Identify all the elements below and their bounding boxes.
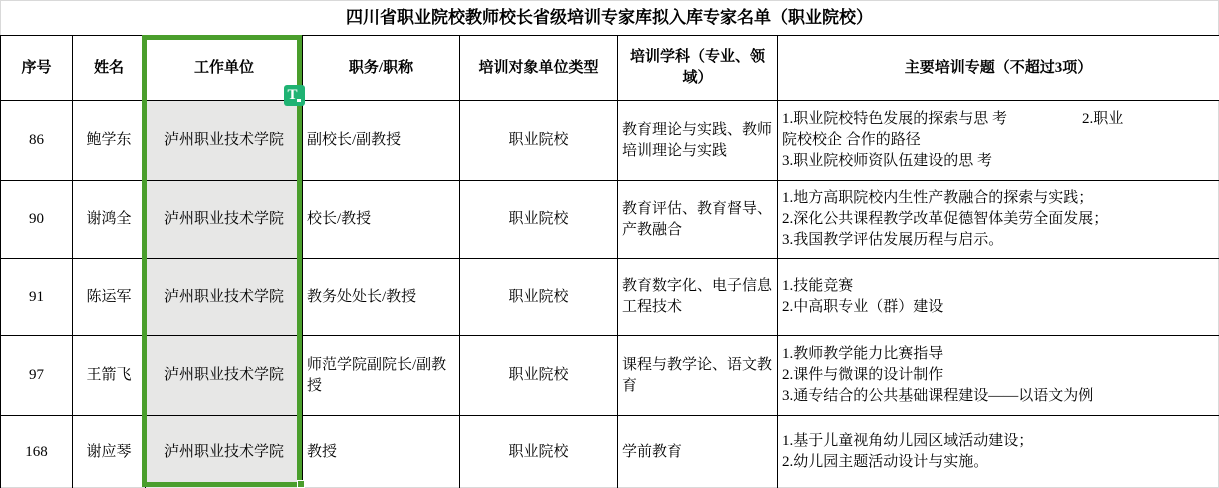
col-header-subject[interactable]: 培训学科（专业、领域） <box>618 36 778 101</box>
cell-topics[interactable]: 1.技能竞赛 2.中高职专业（群）建设 <box>778 259 1219 336</box>
cell-target[interactable]: 职业院校 <box>460 416 618 488</box>
cell-topics[interactable]: 1.基于儿童视角幼儿园区域活动建设； 2.幼儿园主题活动设计与实施。 <box>778 416 1219 488</box>
cell-name[interactable]: 王箭飞 <box>73 336 146 416</box>
sheet-title[interactable]: 四川省职业院校教师校长省级培训专家库拟入库专家名单（职业院校） <box>0 0 1219 35</box>
header-row: 序号 姓名 工作单位 职务/职称 培训对象单位类型 培训学科（专业、领域） 主要… <box>1 36 1219 101</box>
cell-unit[interactable]: 泸州职业技术学院 <box>146 336 303 416</box>
cell-topics[interactable]: 1.地方高职院校内生性产教融合的探索与实践； 2.深化公共课程教学改革促德智体美… <box>778 181 1219 259</box>
col-header-position[interactable]: 职务/职称 <box>303 36 460 101</box>
col-header-target[interactable]: 培训对象单位类型 <box>460 36 618 101</box>
cell-index[interactable]: 90 <box>1 181 73 259</box>
col-header-name[interactable]: 姓名 <box>73 36 146 101</box>
col-header-index[interactable]: 序号 <box>1 36 73 101</box>
translate-icon-letter: T <box>280 85 305 106</box>
col-header-topics[interactable]: 主要培训专题（不超过3项） <box>778 36 1219 101</box>
cell-index[interactable]: 97 <box>1 336 73 416</box>
cell-target[interactable]: 职业院校 <box>460 181 618 259</box>
cell-topics[interactable]: 1.教师教学能力比赛指导 2.课件与微课的设计制作 3.通专结合的公共基础课程建… <box>778 336 1219 416</box>
cell-target[interactable]: 职业院校 <box>460 101 618 181</box>
table-row: 86 鲍学东 泸州职业技术学院 副校长/副教授 职业院校 教育理论与实践、教师培… <box>1 101 1219 181</box>
cell-topics[interactable]: 1.职业院校特色发展的探索与思 考 2.职业 院校校企 合作的路径 3.职业院校… <box>778 101 1219 181</box>
table-row: 97 王箭飞 泸州职业技术学院 师范学院副院长/副教授 职业院校 课程与教学论、… <box>1 336 1219 416</box>
cell-subject[interactable]: 教育数字化、电子信息工程技术 <box>618 259 778 336</box>
cell-position[interactable]: 副校长/副教授 <box>303 101 460 181</box>
cell-name[interactable]: 鲍学东 <box>73 101 146 181</box>
cell-subject[interactable]: 教育评估、教育督导、产教融合 <box>618 181 778 259</box>
cell-position[interactable]: 校长/教授 <box>303 181 460 259</box>
cell-position[interactable]: 教授 <box>303 416 460 488</box>
cell-subject[interactable]: 课程与教学论、语文教育 <box>618 336 778 416</box>
cell-name[interactable]: 陈运军 <box>73 259 146 336</box>
table-row: 91 陈运军 泸州职业技术学院 教务处处长/教授 职业院校 教育数字化、电子信息… <box>1 259 1219 336</box>
table-row: 90 谢鸿全 泸州职业技术学院 校长/教授 职业院校 教育评估、教育督导、产教融… <box>1 181 1219 259</box>
spreadsheet-view: 四川省职业院校教师校长省级培训专家库拟入库专家名单（职业院校） 序号 姓名 工作… <box>0 0 1219 488</box>
translate-icon-dot <box>297 99 301 102</box>
cell-target[interactable]: 职业院校 <box>460 336 618 416</box>
selection-fill-handle[interactable] <box>297 480 305 488</box>
cell-name[interactable]: 谢应琴 <box>73 416 146 488</box>
cell-position[interactable]: 师范学院副院长/副教授 <box>303 336 460 416</box>
experts-table: 序号 姓名 工作单位 职务/职称 培训对象单位类型 培训学科（专业、领域） 主要… <box>0 35 1219 488</box>
cell-index[interactable]: 86 <box>1 101 73 181</box>
cell-subject[interactable]: 教育理论与实践、教师培训理论与实践 <box>618 101 778 181</box>
cell-target[interactable]: 职业院校 <box>460 259 618 336</box>
cell-unit[interactable]: 泸州职业技术学院 <box>146 416 303 488</box>
col-header-unit[interactable]: 工作单位 <box>146 36 303 101</box>
cell-unit[interactable]: 泸州职业技术学院 <box>146 181 303 259</box>
translate-icon[interactable]: T <box>284 85 305 106</box>
cell-unit[interactable]: 泸州职业技术学院 <box>146 101 303 181</box>
cell-position[interactable]: 教务处处长/教授 <box>303 259 460 336</box>
cell-index[interactable]: 91 <box>1 259 73 336</box>
cell-unit[interactable]: 泸州职业技术学院 <box>146 259 303 336</box>
cell-subject[interactable]: 学前教育 <box>618 416 778 488</box>
cell-index[interactable]: 168 <box>1 416 73 488</box>
cell-name[interactable]: 谢鸿全 <box>73 181 146 259</box>
table-row: 168 谢应琴 泸州职业技术学院 教授 职业院校 学前教育 1.基于儿童视角幼儿… <box>1 416 1219 488</box>
